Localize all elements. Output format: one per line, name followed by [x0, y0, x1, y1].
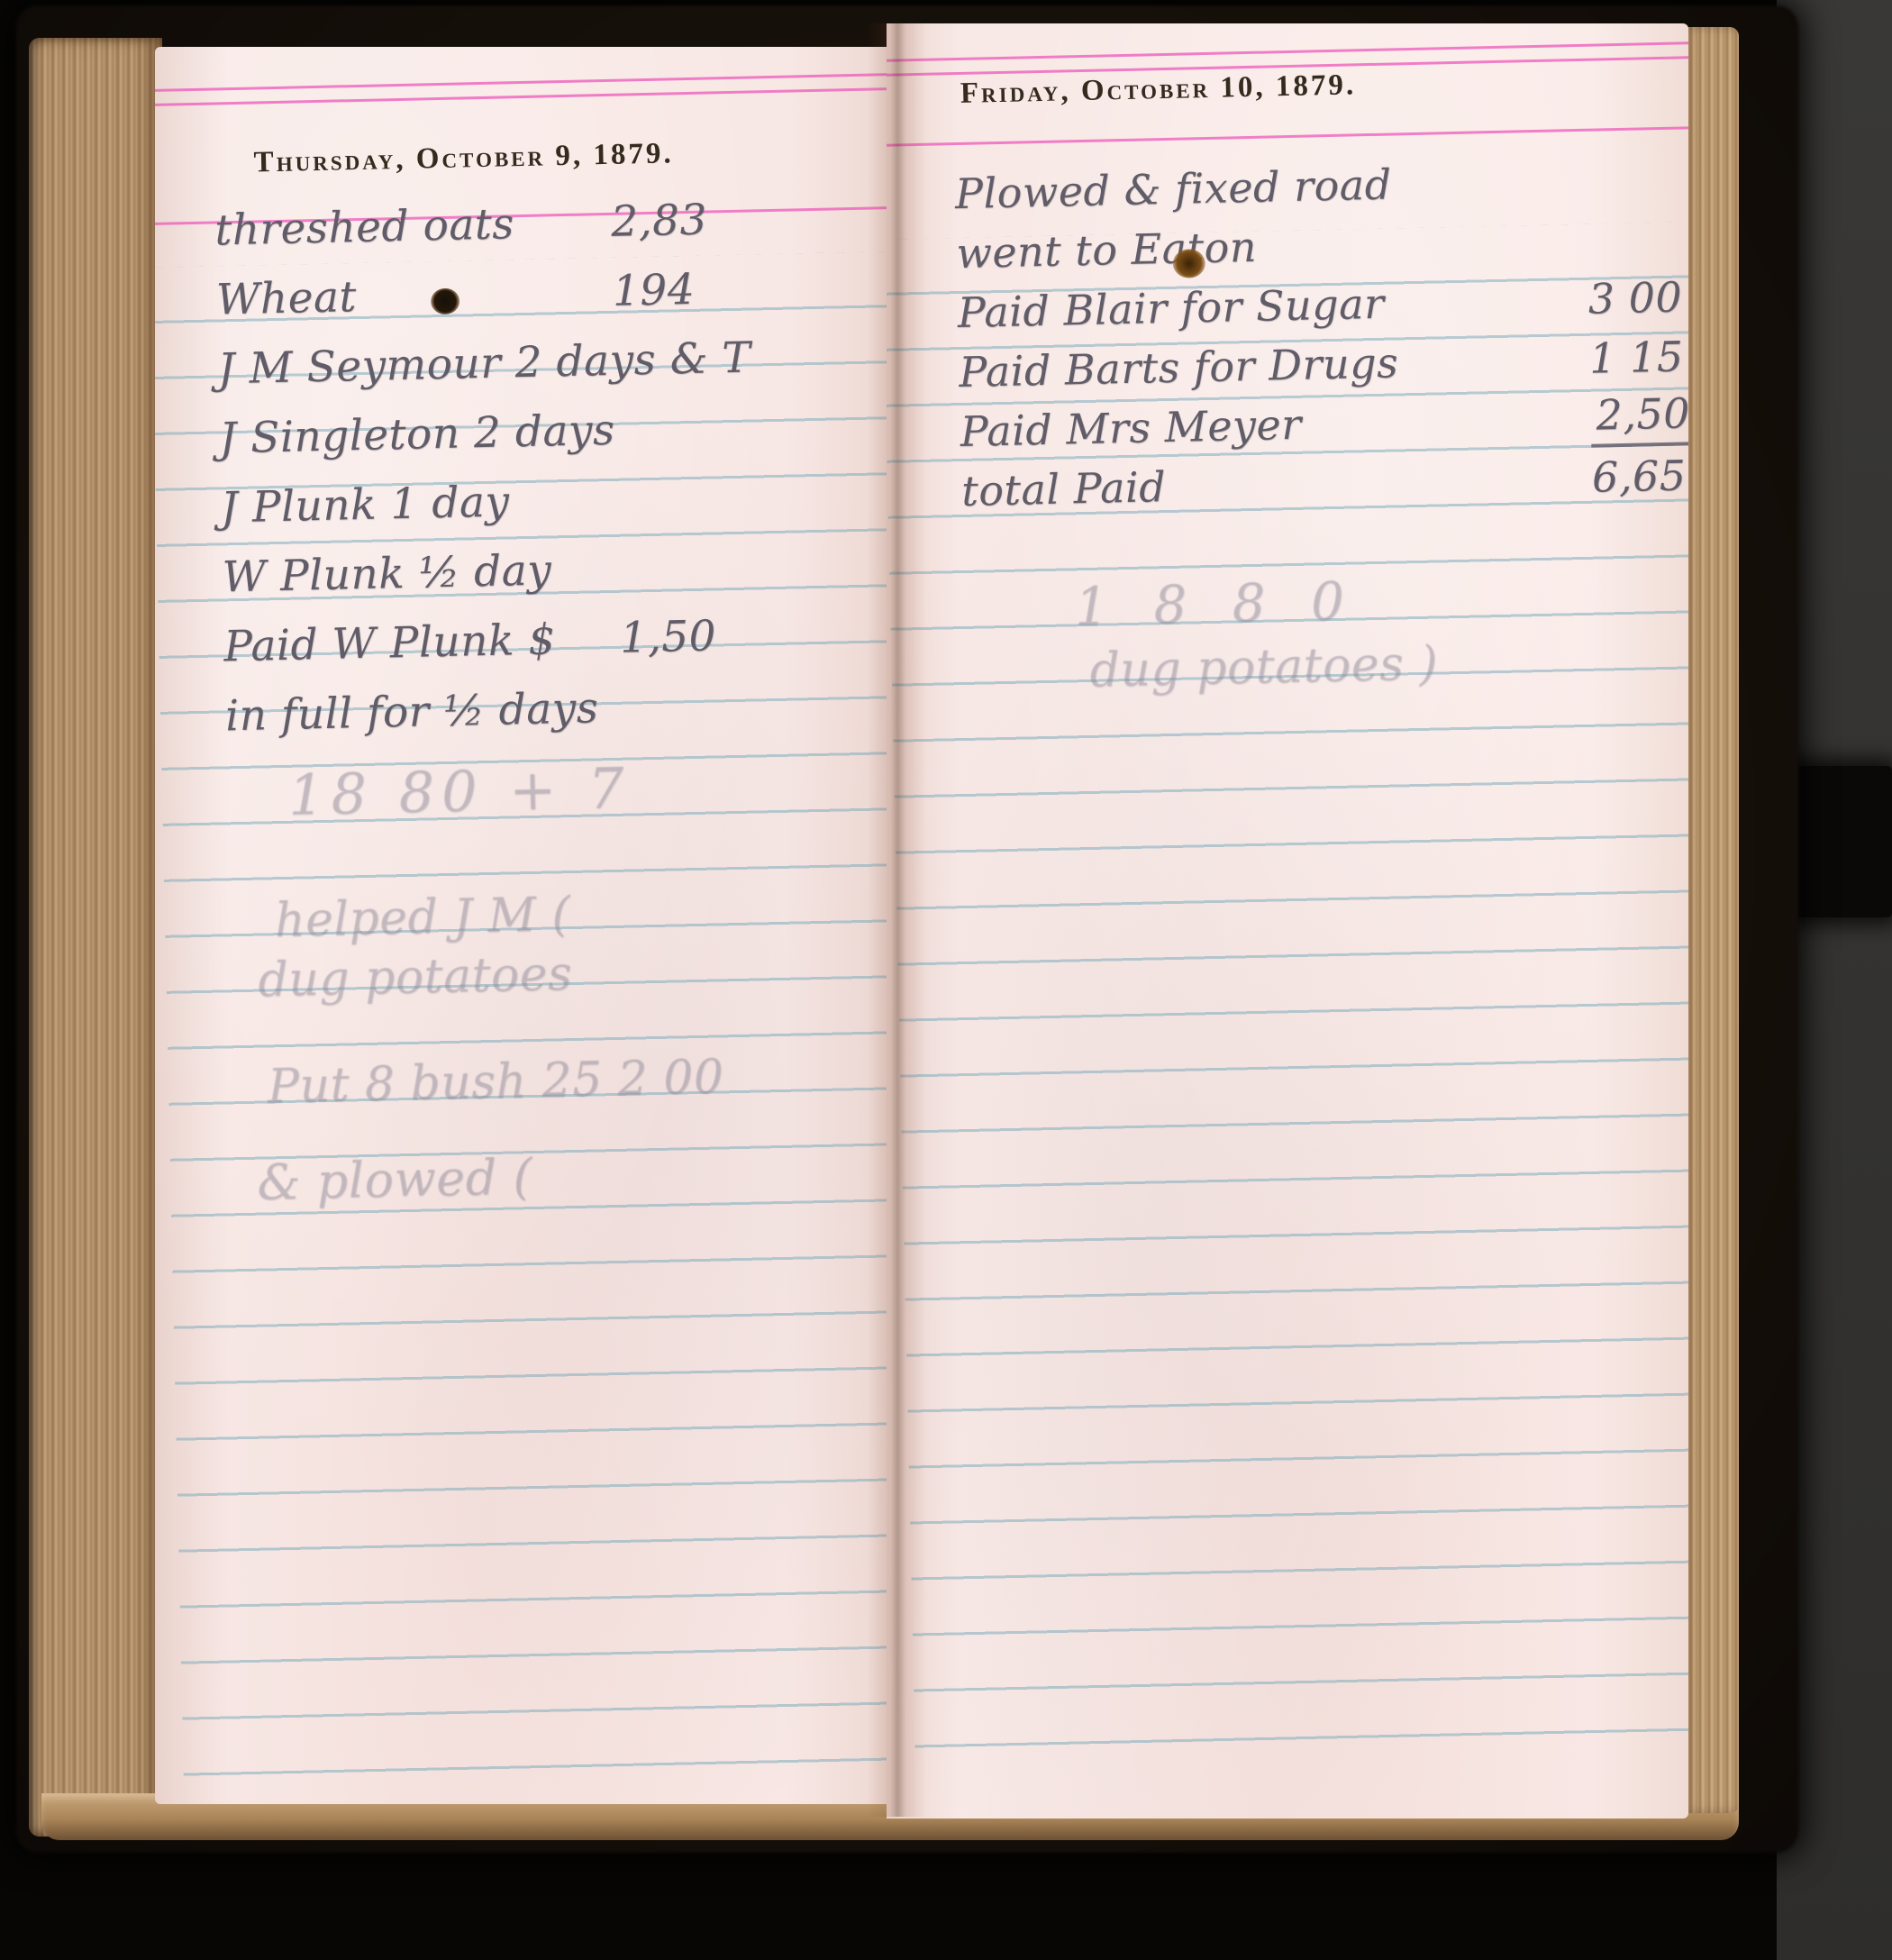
- faded-note: dug potatoes ): [1089, 637, 1439, 698]
- entry-text: Wheat: [215, 272, 357, 324]
- journal-book: Thursday, October 9, 1879. threshed oats…: [16, 5, 1798, 1853]
- entry-text: Paid Barts for Drugs: [959, 338, 1399, 397]
- entry-text: J Singleton 2 days: [219, 406, 615, 464]
- entry-list: Plowed & fixed road went to Eaton Paid B…: [954, 149, 1686, 521]
- entry-amount: 1 15: [1588, 327, 1684, 388]
- book-gutter: [867, 23, 926, 1817]
- pink-rule: [887, 126, 1688, 147]
- entry-text: went to Eaton: [956, 223, 1258, 278]
- entry-amount: 194: [612, 255, 696, 326]
- left-page: Thursday, October 9, 1879. threshed oats…: [155, 47, 888, 1804]
- faded-note: dug potatoes: [258, 947, 573, 1008]
- entry-list: threshed oats 2,83 Wheat 194 J M Seymour…: [214, 181, 888, 751]
- faded-note: Put 8 bush 25 2 00: [267, 1050, 724, 1114]
- left-page-content: Thursday, October 9, 1879. threshed oats…: [155, 47, 888, 1804]
- entry-amount: 2,50: [1590, 386, 1688, 448]
- entry-text: J Plunk 1 day: [220, 477, 510, 533]
- entry-amount: 2,83: [610, 186, 707, 257]
- faded-note: 18 80 + 7: [287, 755, 632, 828]
- entry-amount: 6,65: [1591, 445, 1687, 506]
- pink-head-rule: [155, 73, 888, 106]
- page-edge-stack-left: [29, 38, 162, 1837]
- faded-note: & plowed (: [257, 1148, 533, 1211]
- entry-amount: 3 00: [1587, 268, 1683, 329]
- entry-text: total Paid: [961, 462, 1167, 515]
- entry-text: Paid Mrs Meyer: [960, 400, 1302, 456]
- journal-entry: in full for ½ days: [224, 667, 888, 751]
- entry-text: J M Seymour 2 days & T: [217, 333, 751, 395]
- entry-text: in full for ½ days: [225, 683, 599, 741]
- entry-text: Plowed & fixed road: [954, 160, 1392, 219]
- right-page: Friday, October 10, 1879. Plowed & fixed…: [887, 23, 1688, 1819]
- entry-text: Paid Blair for Sugar: [957, 279, 1385, 337]
- entry-text: threshed oats: [214, 199, 515, 255]
- entry-text: Paid W Plunk $: [223, 615, 556, 671]
- right-page-content: Friday, October 10, 1879. Plowed & fixed…: [887, 23, 1688, 1819]
- page-header-left: Thursday, October 9, 1879.: [175, 135, 752, 181]
- faded-note: helped J M (: [274, 888, 570, 948]
- faded-note: 1 8 8 0: [1074, 570, 1359, 637]
- entry-amount: 1,50: [620, 601, 717, 672]
- entry-text: W Plunk ½ day: [222, 545, 552, 602]
